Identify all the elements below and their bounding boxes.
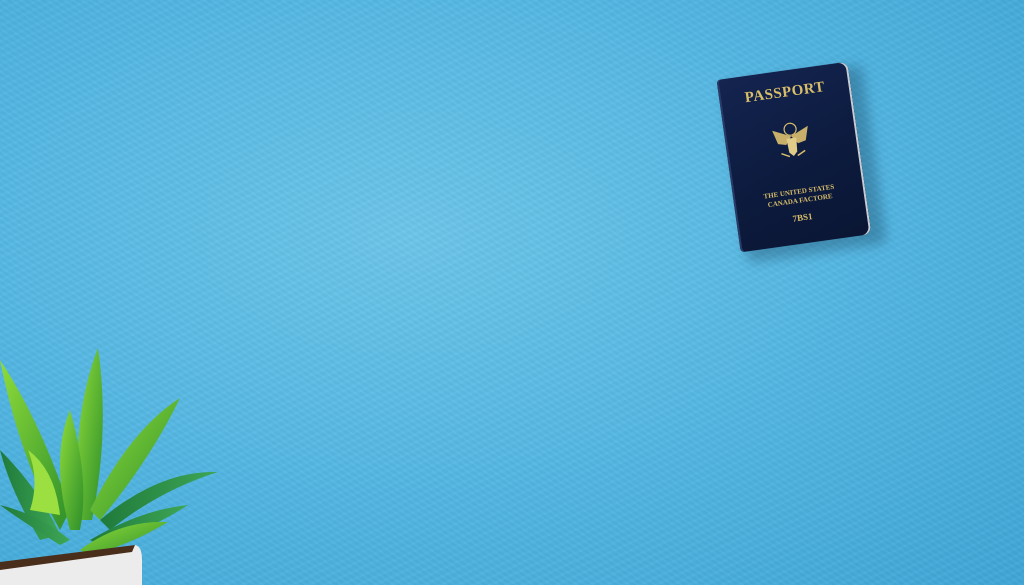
eagle-seal-icon [767,117,817,167]
passport-title: PASSPORT [718,76,851,111]
passport: PASSPORT THE UNITED STATES CANADA FACTOR… [717,62,872,253]
potted-plant [0,340,230,585]
